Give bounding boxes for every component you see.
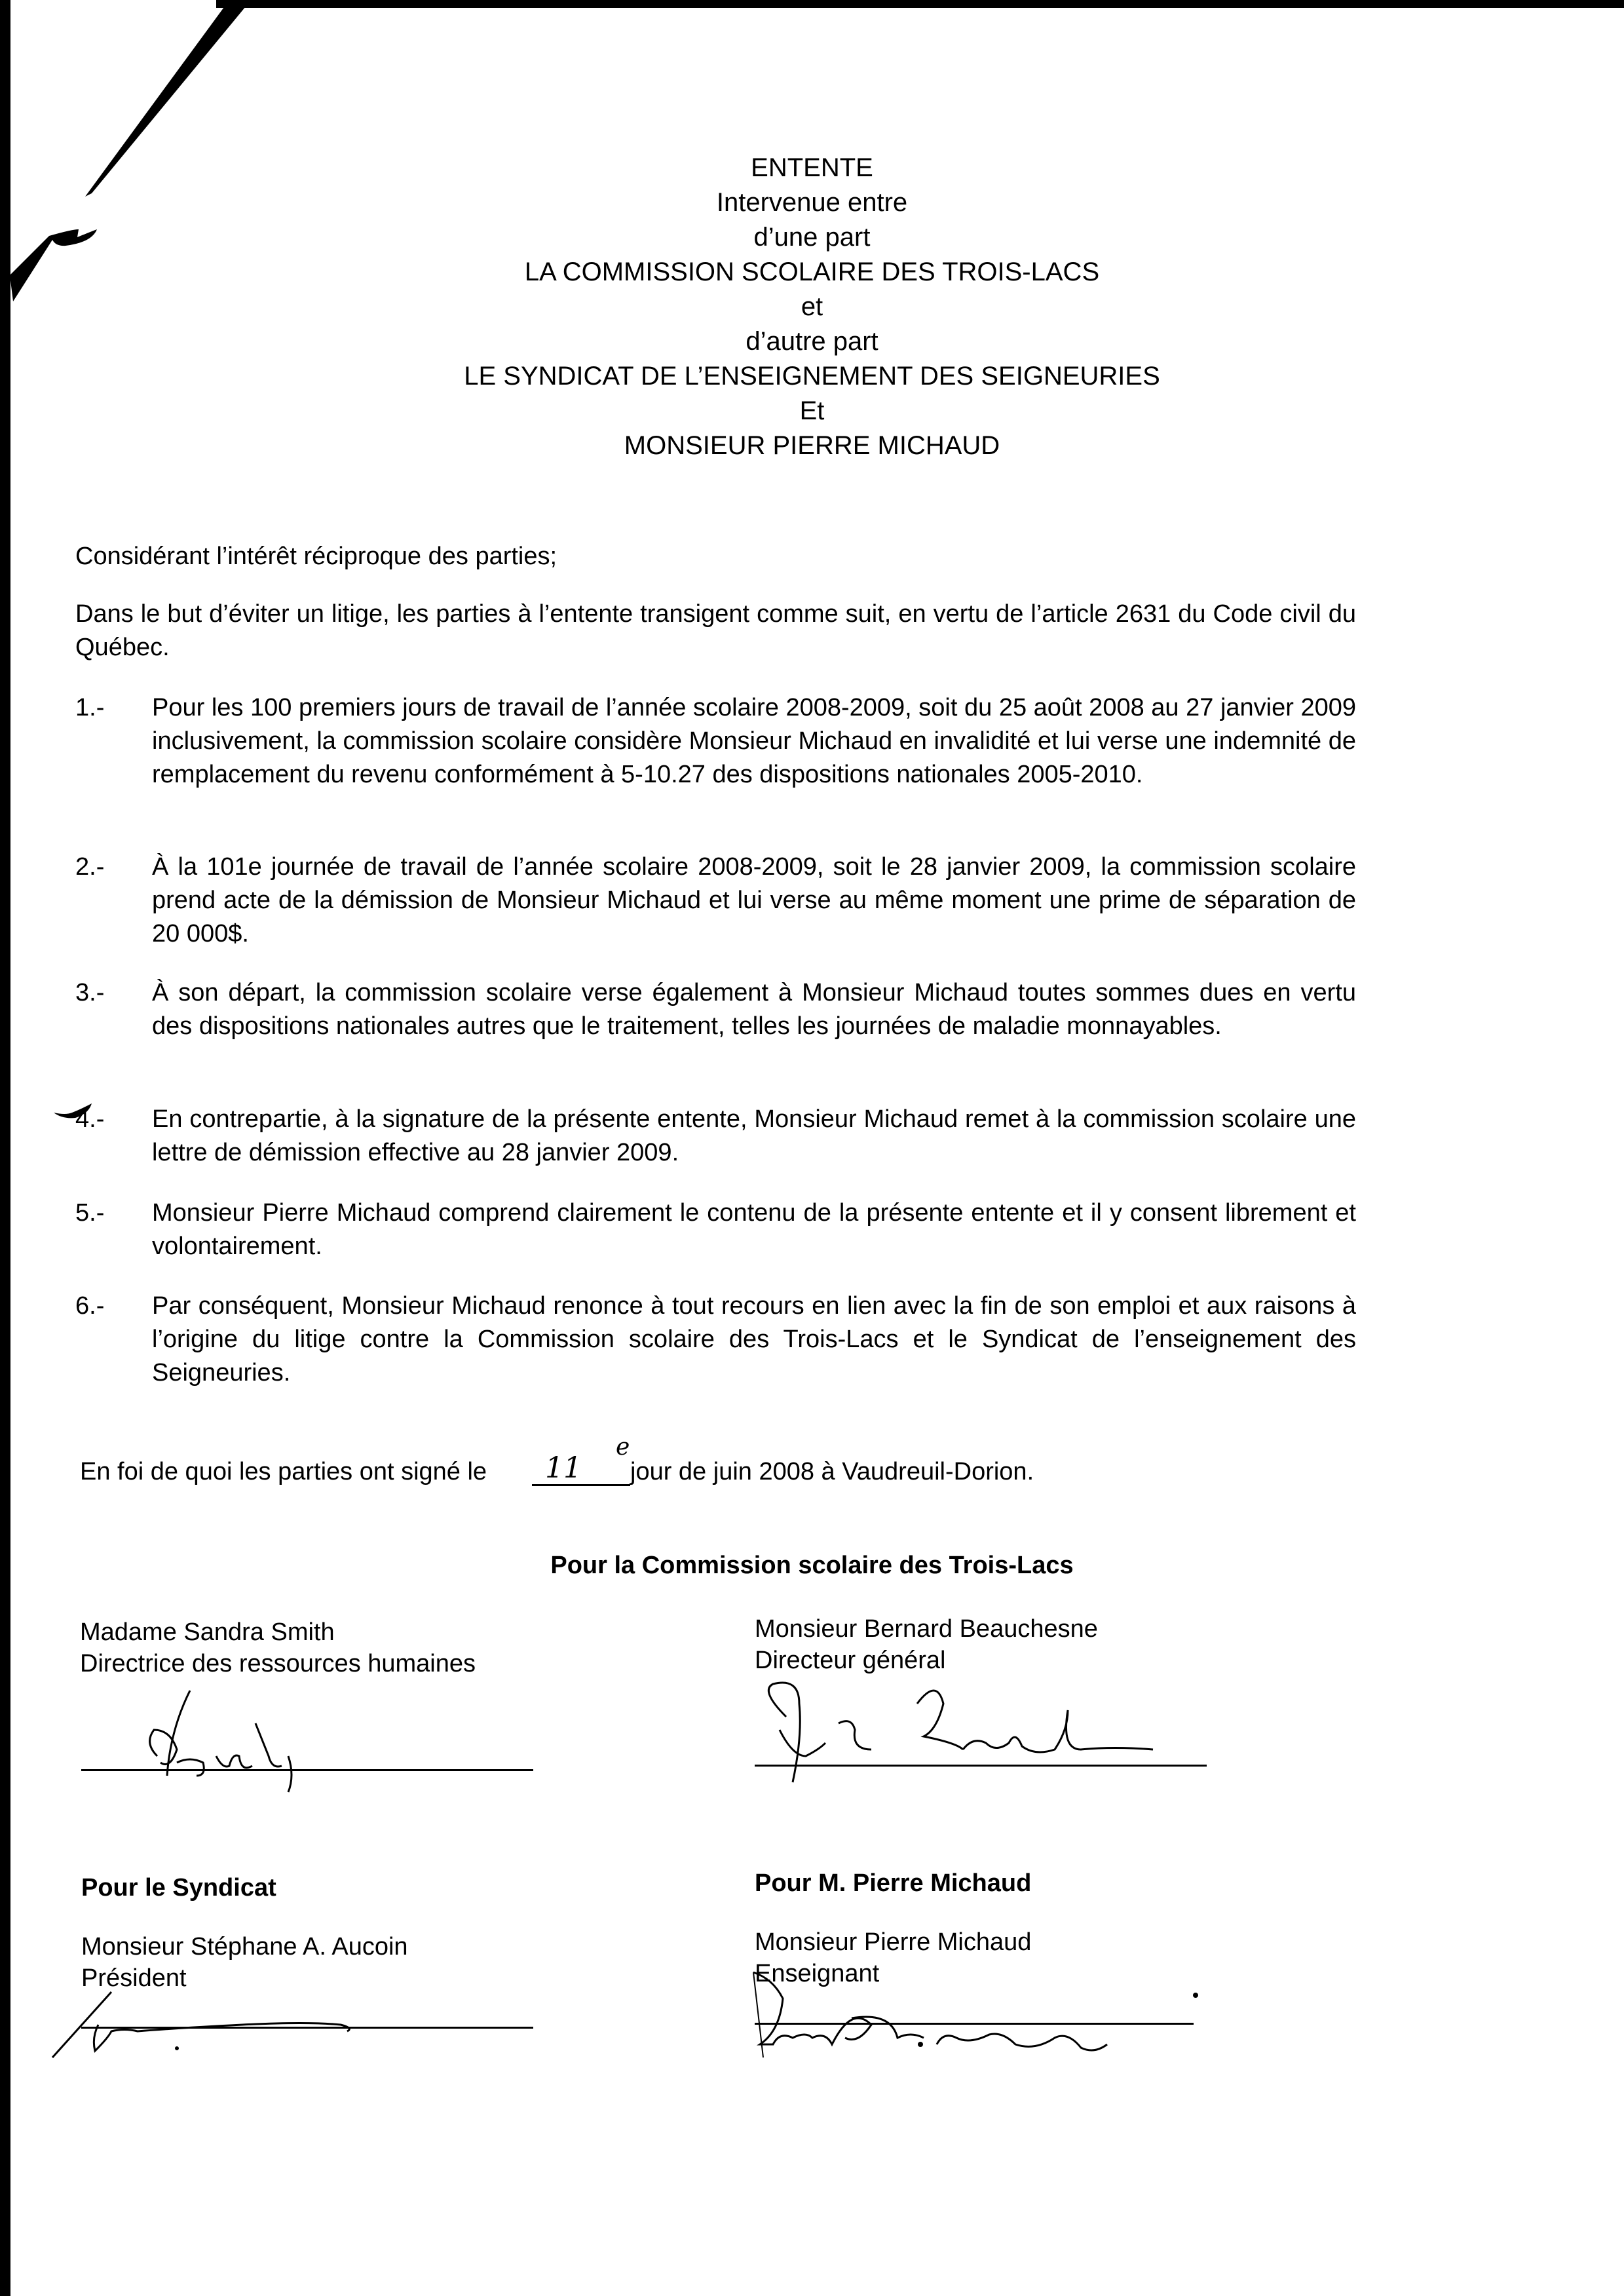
commission-heading: Pour la Commission scolaire des Trois-La… [0,1553,1624,1578]
signature-line [755,1765,1207,1767]
header-party-commission: LA COMMISSION SCOLAIRE DES TROIS-LACS [0,259,1624,285]
signatory-title: Directrice des ressources humaines [80,1651,476,1676]
clause-number: 1.- [75,691,104,725]
clause-text: Pour les 100 premiers jours de travail d… [152,691,1356,792]
signature-line [81,1769,533,1771]
scan-border-top [216,0,1624,8]
header-party-michaud: MONSIEUR PIERRE MICHAUD [0,432,1624,459]
document-title: ENTENTE [0,155,1624,181]
clause-text: À la 101e journée de travail de l’année … [152,851,1356,951]
syndicat-heading: Pour le Syndicat [81,1875,276,1900]
header-une-part: d’une part [0,224,1624,250]
signature-line [755,2023,1194,2025]
header-autre-part: d’autre part [0,328,1624,354]
signing-suffix: jour de juin 2008 à Vaudreuil-Dorion. [630,1459,1034,1484]
handwritten-day: 11 [545,1451,582,1485]
signature-line [81,2027,533,2029]
clause-text: À son départ, la commission scolaire ver… [152,976,1356,1043]
signing-prefix: En foi de quoi les parties ont signé le [80,1459,487,1484]
clause-number: 2.- [75,851,104,884]
signature-michaud [740,1959,1264,2057]
header-et-2: Et [0,398,1624,424]
signature-aucoin [46,1985,465,2064]
clause-number: 3.- [75,976,104,1010]
signatory-name: Madame Sandra Smith [80,1620,335,1645]
clause-number: 4.- [75,1103,104,1136]
clause-number: 5.- [75,1196,104,1230]
signature-beauchesne [747,1664,1218,1789]
clause-text: En contrepartie, à la signature de la pr… [152,1103,1356,1170]
header-party-syndicat: LE SYNDICAT DE L’ENSEIGNEMENT DES SEIGNE… [0,363,1624,389]
header-intervenue: Intervenue entre [0,189,1624,216]
michaud-heading: Pour M. Pierre Michaud [755,1871,1031,1896]
clause-text: Par conséquent, Monsieur Michaud renonce… [152,1290,1356,1390]
clause-text: Monsieur Pierre Michaud comprend clairem… [152,1196,1356,1263]
handwritten-ordinal: e [616,1434,630,1461]
dans-le-but-text: Dans le but d’éviter un litige, les part… [75,598,1356,664]
signature-smith [92,1684,459,1789]
signatory-name: Monsieur Bernard Beauchesne [755,1617,1098,1641]
header-et: et [0,294,1624,320]
signatory-name: Monsieur Stéphane A. Aucoin [81,1934,408,1959]
signatory-name: Monsieur Pierre Michaud [755,1930,1031,1955]
considerant-text: Considérant l’intérêt réciproque des par… [75,544,557,569]
clause-number: 6.- [75,1290,104,1323]
